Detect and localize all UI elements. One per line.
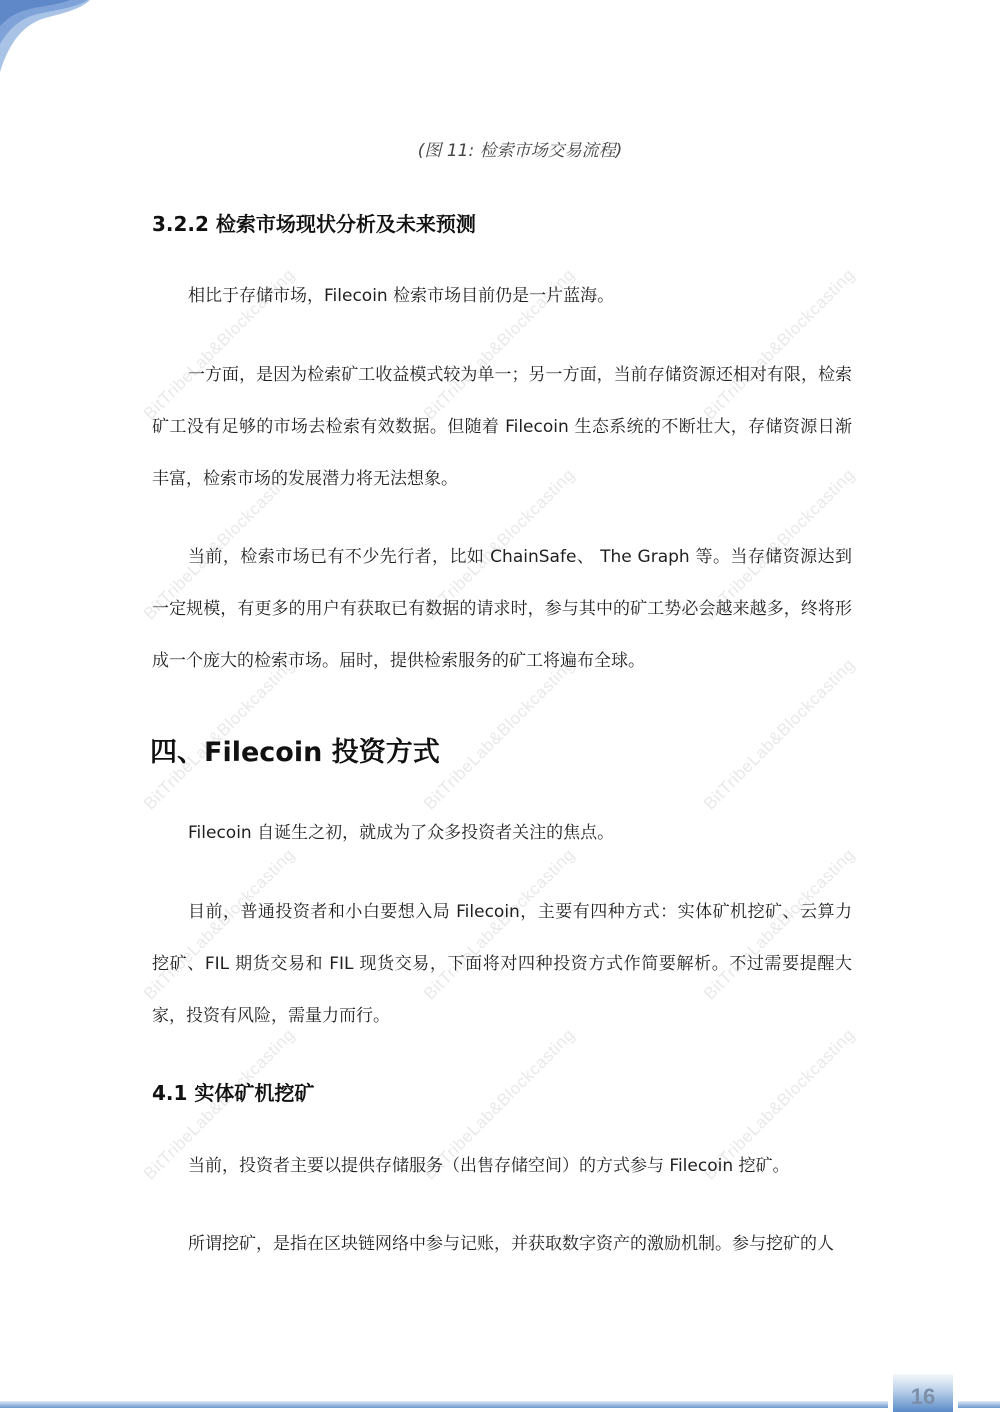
paragraph: 一方面，是因为检索矿工收益模式较为单一；另一方面，当前存储资源还相对有限，检索矿… [152, 349, 852, 505]
figure-caption: (图 11: 检索市场交易流程) [0, 136, 1000, 161]
paragraph: Filecoin 自诞生之初，就成为了众多投资者关注的焦点。 [152, 807, 852, 859]
paragraph: 当前，投资者主要以提供存储服务（出售存储空间）的方式参与 Filecoin 挖矿… [152, 1140, 852, 1192]
paragraph: 目前，普通投资者和小白要想入局 Filecoin，主要有四种方式：实体矿机挖矿、… [152, 886, 852, 1042]
document-page: (图 11: 检索市场交易流程) 3.2.2 检索市场现状分析及未来预测 相比于… [0, 0, 1000, 1412]
section-heading-4-1: 4.1 实体矿机挖矿 [152, 1077, 314, 1106]
chapter-heading-4: 四、Filecoin 投资方式 [150, 730, 440, 769]
section-heading-3-2-2: 3.2.2 检索市场现状分析及未来预测 [152, 208, 476, 237]
paragraph: 所谓挖矿，是指在区块链网络中参与记账，并获取数字资产的激励机制。参与挖矿的人 [152, 1218, 852, 1270]
paragraph: 当前，检索市场已有不少先行者，比如 ChainSafe、 The Graph 等… [152, 531, 852, 687]
paragraph: 相比于存储市场，Filecoin 检索市场目前仍是一片蓝海。 [152, 270, 852, 322]
